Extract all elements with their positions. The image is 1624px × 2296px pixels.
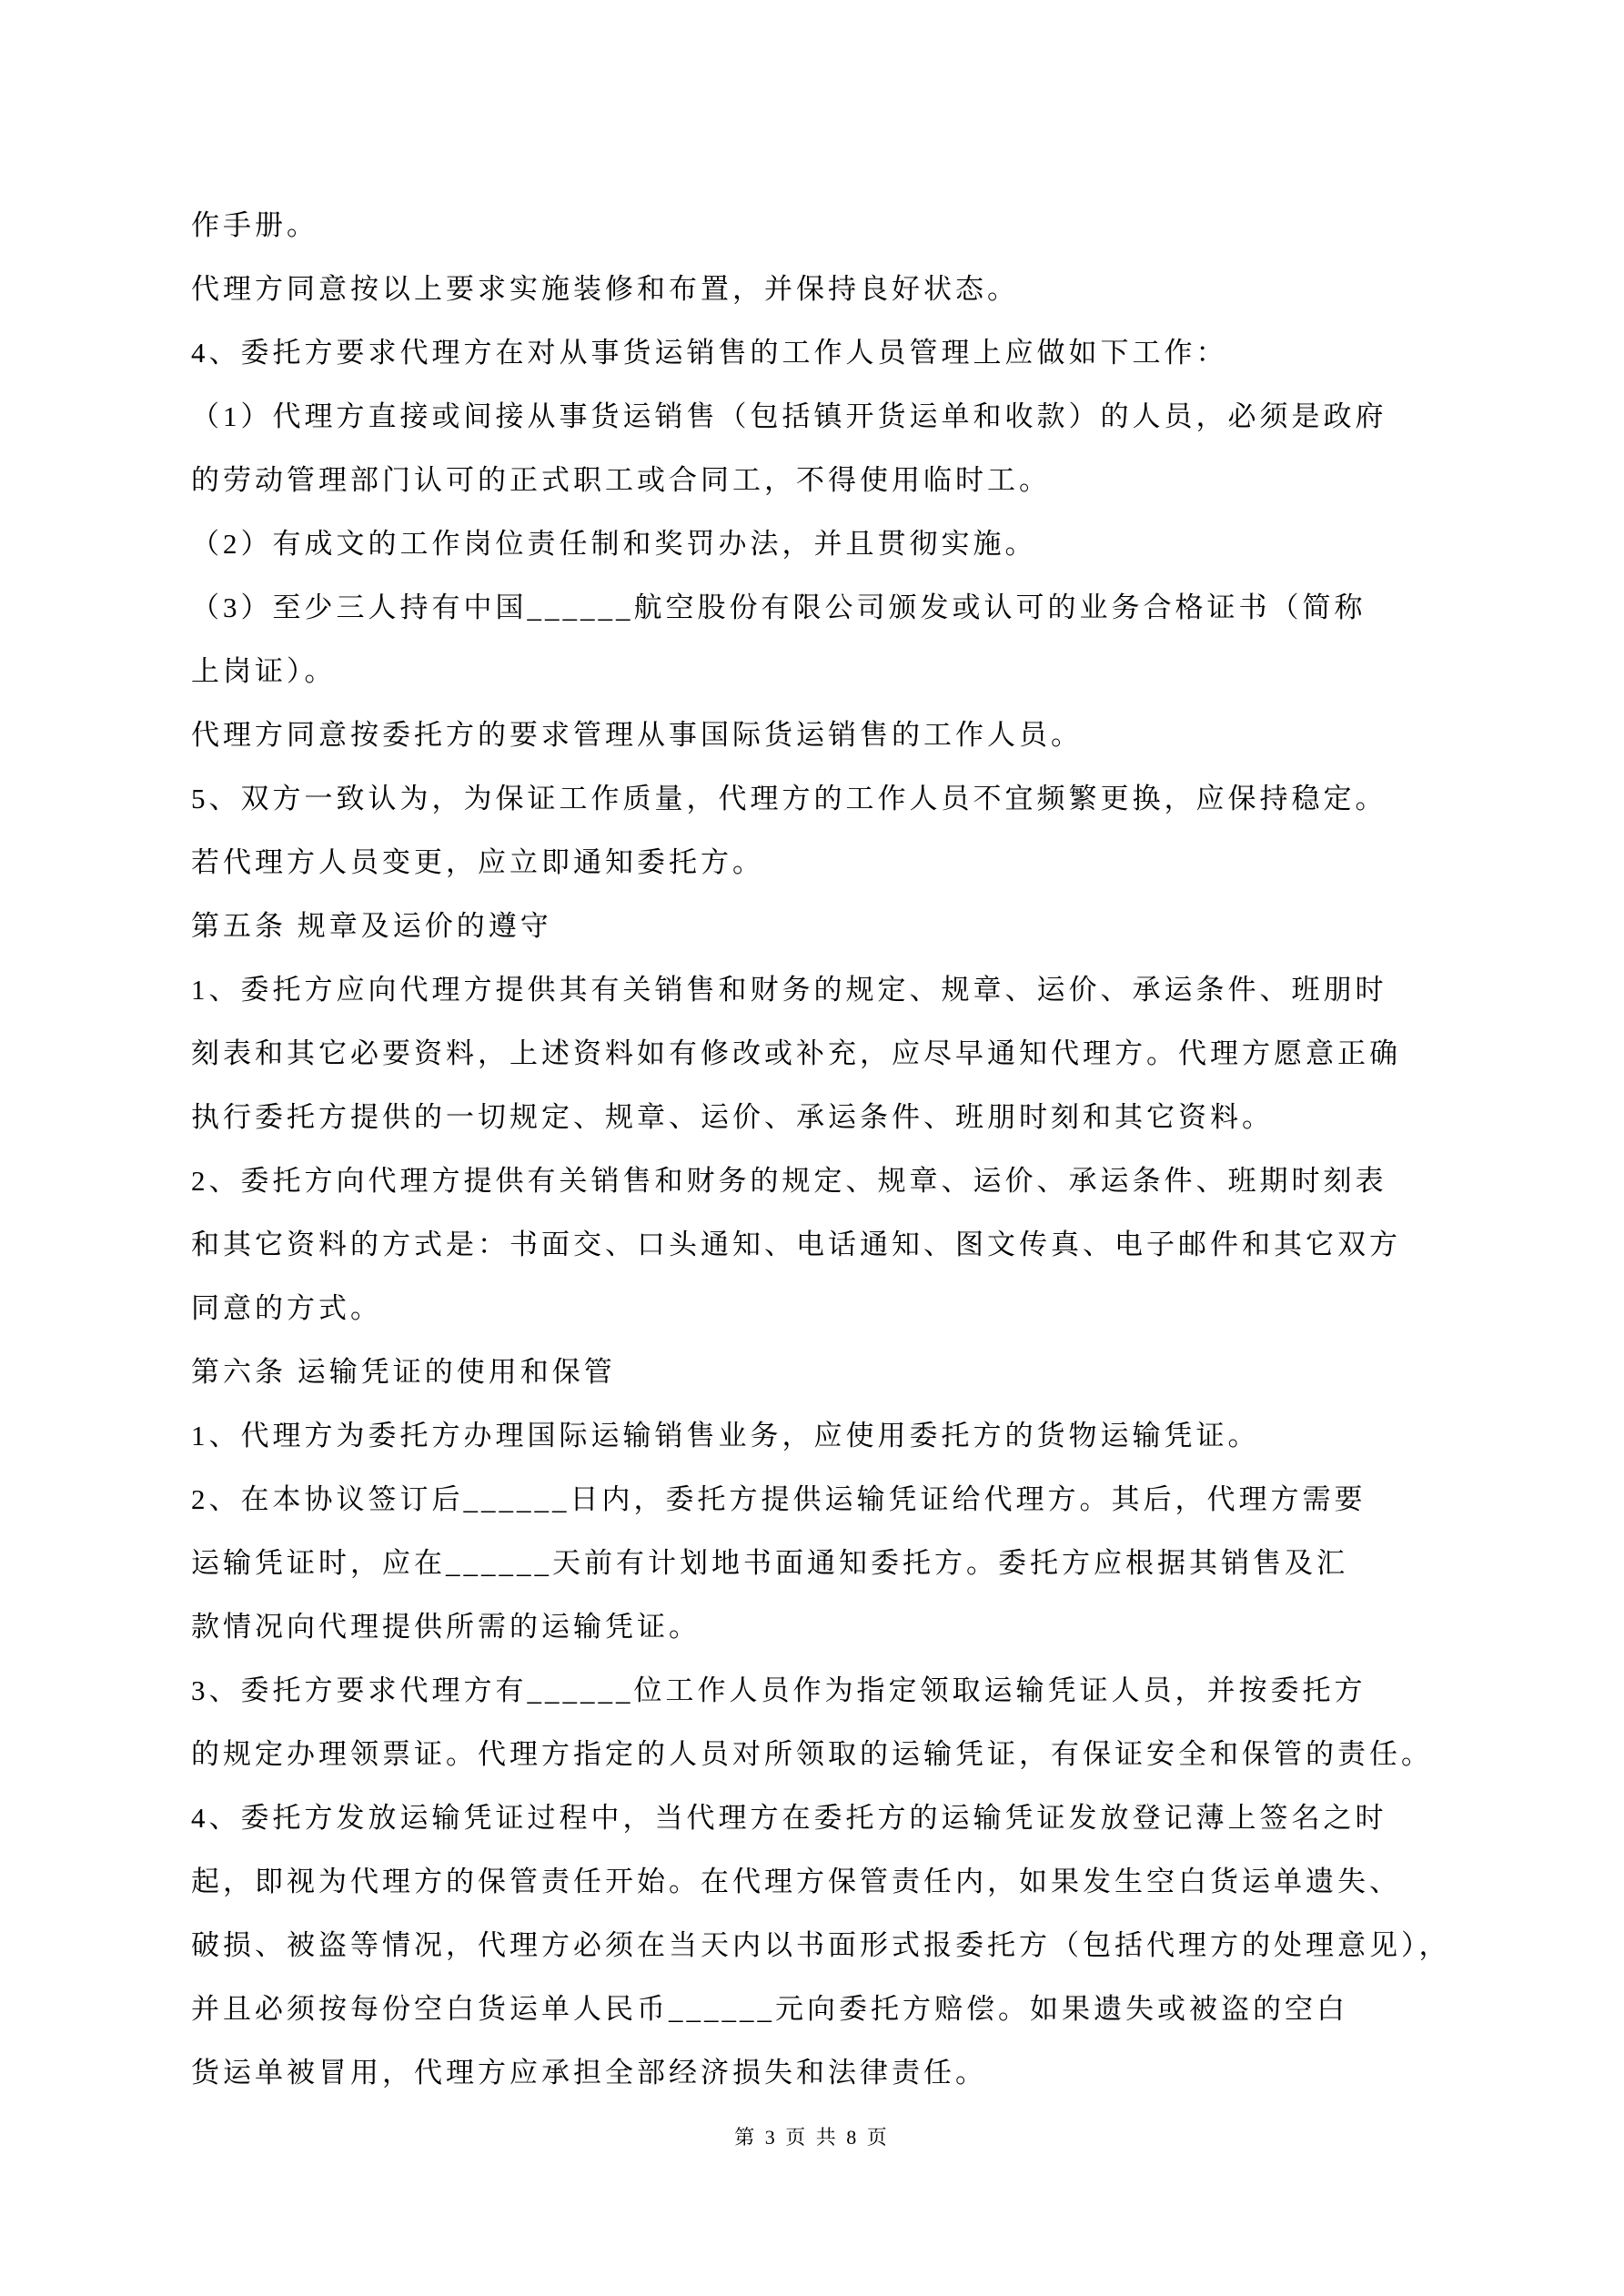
text-line-with-blank: 并且必须按每份空白货运单人民币______元向委托方赔偿。如果遗失或被盗的空白 (191, 1977, 1501, 2041)
text-line: 若代理方人员变更，应立即通知委托方。 (191, 831, 1501, 895)
page-footer: 第 3 页 共 8 页 (0, 2124, 1624, 2151)
document-body: 作手册。 代理方同意按以上要求实施装修和布置，并保持良好状态。 4、委托方要求代… (191, 194, 1501, 2105)
text-line: 起，即视为代理方的保管责任开始。在代理方保管责任内，如果发生空白货运单遗失、 (191, 1850, 1501, 1914)
text-line-with-blank: 2、在本协议签订后______日内，委托方提供运输凭证给代理方。其后，代理方需要 (191, 1468, 1501, 1532)
text-line: 和其它资料的方式是：书面交、口头通知、电话通知、图文传真、电子邮件和其它双方 (191, 1213, 1501, 1277)
section-heading: 第六条 运输凭证的使用和保管 (191, 1340, 1501, 1404)
text-line: 作手册。 (191, 194, 1501, 258)
text-line: （1）代理方直接或间接从事货运销售（包括镇开货运单和收款）的人员，必须是政府 (191, 385, 1501, 449)
text-line: 代理方同意按以上要求实施装修和布置，并保持良好状态。 (191, 258, 1501, 321)
text-line: 执行委托方提供的一切规定、规章、运价、承运条件、班朋时刻和其它资料。 (191, 1086, 1501, 1149)
text-line: 5、双方一致认为，为保证工作质量，代理方的工作人员不宜频繁更换，应保持稳定。 (191, 767, 1501, 831)
text-line: 4、委托方发放运输凭证过程中，当代理方在委托方的运输凭证发放登记薄上签名之时 (191, 1786, 1501, 1850)
text-line: （2）有成文的工作岗位责任制和奖罚办法，并且贯彻实施。 (191, 512, 1501, 576)
text-line-with-blank: 3、委托方要求代理方有______位工作人员作为指定领取运输凭证人员，并按委托方 (191, 1659, 1501, 1723)
text-line: 的规定办理领票证。代理方指定的人员对所领取的运输凭证，有保证安全和保管的责任。 (191, 1723, 1501, 1786)
section-heading: 第五条 规章及运价的遵守 (191, 895, 1501, 958)
text-line-with-blank: （3）至少三人持有中国______航空股份有限公司颁发或认可的业务合格证书（简称 (191, 576, 1501, 640)
text-line: 破损、被盗等情况，代理方必须在当天内以书面形式报委托方（包括代理方的处理意见）， (191, 1914, 1501, 1977)
text-line: 刻表和其它必要资料，上述资料如有修改或补充，应尽早通知代理方。代理方愿意正确 (191, 1022, 1501, 1086)
text-line: 4、委托方要求代理方在对从事货运销售的工作人员管理上应做如下工作： (191, 321, 1501, 385)
text-line: 货运单被冒用，代理方应承担全部经济损失和法律责任。 (191, 2041, 1501, 2105)
text-line: 1、代理方为委托方办理国际运输销售业务，应使用委托方的货物运输凭证。 (191, 1404, 1501, 1468)
text-line: 上岗证）。 (191, 640, 1501, 703)
text-line: 1、委托方应向代理方提供其有关销售和财务的规定、规章、运价、承运条件、班朋时 (191, 958, 1501, 1022)
text-line: 2、委托方向代理方提供有关销售和财务的规定、规章、运价、承运条件、班期时刻表 (191, 1149, 1501, 1213)
text-line: 同意的方式。 (191, 1277, 1501, 1340)
text-line: 款情况向代理提供所需的运输凭证。 (191, 1595, 1501, 1659)
text-line: 代理方同意按委托方的要求管理从事国际货运销售的工作人员。 (191, 703, 1501, 767)
text-line-with-blank: 运输凭证时，应在______天前有计划地书面通知委托方。委托方应根据其销售及汇 (191, 1532, 1501, 1595)
text-line: 的劳动管理部门认可的正式职工或合同工，不得使用临时工。 (191, 449, 1501, 512)
document-page: 作手册。 代理方同意按以上要求实施装修和布置，并保持良好状态。 4、委托方要求代… (0, 0, 1624, 2296)
